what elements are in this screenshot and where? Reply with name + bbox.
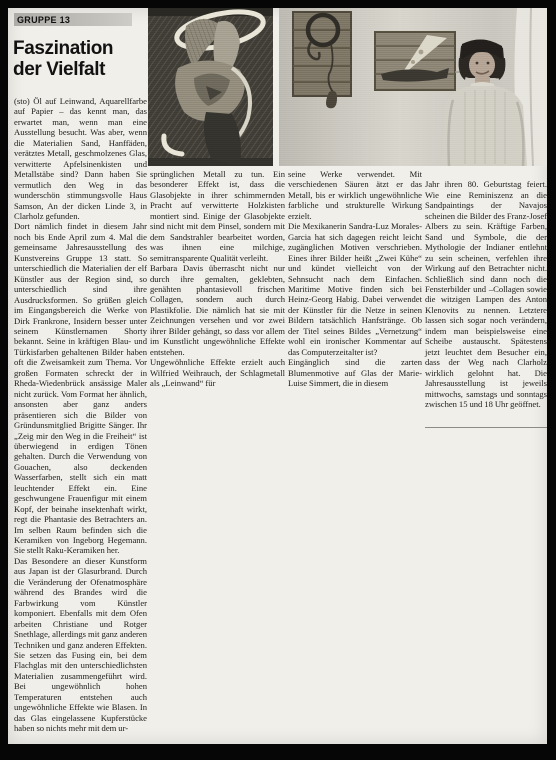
kicker-bar: GRUPPE 13 — [14, 13, 132, 26]
plank-artwork-wreath — [293, 12, 351, 108]
article-column-4-text: Jahr ihren 80. Geburtstag feiert. Wie ei… — [425, 179, 547, 409]
newspaper-page: GRUPPE 13 Faszination der Vielfalt — [8, 8, 547, 744]
abstract-painting-figure — [148, 8, 273, 166]
article-column-4: Jahr ihren 80. Geburtstag feiert. Wie ei… — [425, 169, 547, 438]
article-column-3: seine Werke verwendet. Mit verschiedenen… — [288, 169, 422, 389]
title-line-2: der Vielfalt — [13, 59, 148, 80]
scan-border: GRUPPE 13 Faszination der Vielfalt — [0, 0, 556, 760]
title-line-1: Faszination — [13, 38, 148, 59]
photo-abstract-painting — [148, 8, 273, 166]
article-column-2: sprünglichen Metall zu tun. Ein besonder… — [150, 169, 285, 389]
artist-sweater — [441, 86, 527, 166]
photo-gallery-wall-artist — [279, 8, 547, 166]
gallery-wall-figure — [279, 8, 547, 166]
kicker-label: GRUPPE 13 — [17, 14, 70, 25]
article-title: Faszination der Vielfalt — [13, 38, 148, 80]
article-column-1: (sto) Öl auf Leinwand, Aquarellfarbe auf… — [14, 96, 147, 734]
plank-artwork-fish — [375, 32, 455, 90]
artist-face — [469, 51, 495, 79]
article-end-rule — [425, 427, 547, 428]
